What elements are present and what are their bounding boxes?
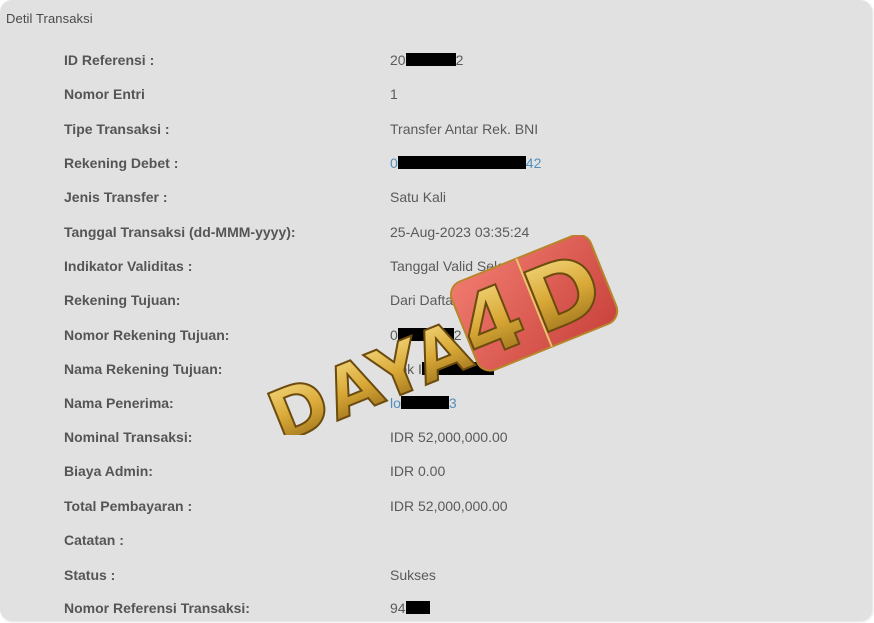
row-label: Jenis Transfer : <box>64 189 168 205</box>
panel-title: Detil Transaksi <box>6 11 93 26</box>
redaction-bar <box>406 53 456 66</box>
row-label: Status : <box>64 567 115 583</box>
row-value: 02 <box>390 327 462 343</box>
row-status: Status : Sukses <box>0 567 872 587</box>
row-value: IDR 52,000,000.00 <box>390 429 508 445</box>
status-value: Sukses <box>390 567 436 583</box>
row-value: Tanggal Valid Selanjutnya <box>390 258 550 274</box>
row-value: Transfer Antar Rek. BNI <box>390 121 538 137</box>
row-value: 202 <box>390 52 463 68</box>
transaction-detail-panel: Detil Transaksi ID Referensi : 202 Nomor… <box>0 0 872 621</box>
redaction-bar <box>422 362 494 375</box>
row-indikator-validitas: Indikator Validitas : Tanggal Valid Sela… <box>0 258 872 278</box>
row-nomor-referensi-transaksi: Nomor Referensi Transaksi: 94 <box>0 600 872 620</box>
row-label: Biaya Admin: <box>64 463 153 479</box>
redaction-bar <box>406 601 430 614</box>
debit-account-link[interactable]: 042 <box>390 155 541 171</box>
row-nama-rekening-tujuan: Nama Rekening Tujuan: Bpk I <box>0 361 872 381</box>
row-label: Catatan : <box>64 532 124 548</box>
row-catatan: Catatan : <box>0 532 872 552</box>
row-value: IDR 52,000,000.00 <box>390 498 508 514</box>
row-label: Nominal Transaksi: <box>64 429 192 445</box>
row-nomor-entri: Nomor Entri 1 <box>0 86 872 106</box>
row-value: 1 <box>390 86 398 102</box>
row-label: Nomor Referensi Transaksi: <box>64 600 250 616</box>
row-jenis-transfer: Jenis Transfer : Satu Kali <box>0 189 872 209</box>
row-rekening-tujuan: Rekening Tujuan: Dari Daftar Transfer <box>0 292 872 312</box>
row-tipe-transaksi: Tipe Transaksi : Transfer Antar Rek. BNI <box>0 121 872 141</box>
row-label: Rekening Debet : <box>64 155 178 171</box>
row-label: Nomor Rekening Tujuan: <box>64 327 229 343</box>
row-value: Bpk I <box>390 361 494 377</box>
row-nomor-rekening-tujuan: Nomor Rekening Tujuan: 02 <box>0 327 872 347</box>
row-id-referensi: ID Referensi : 202 <box>0 52 872 72</box>
row-value: IDR 0.00 <box>390 463 445 479</box>
row-value: Dari Daftar Transfer <box>390 292 513 308</box>
recipient-name-link[interactable]: lo3 <box>390 395 457 411</box>
row-label: Tipe Transaksi : <box>64 121 170 137</box>
row-label: ID Referensi : <box>64 52 154 68</box>
row-value: Satu Kali <box>390 189 446 205</box>
row-label: Rekening Tujuan: <box>64 292 180 308</box>
row-value: 94 <box>390 600 430 616</box>
row-label: Nomor Entri <box>64 86 145 102</box>
row-tanggal-transaksi: Tanggal Transaksi (dd-MMM-yyyy): 25-Aug-… <box>0 224 872 244</box>
row-label: Nama Penerima: <box>64 395 174 411</box>
row-rekening-debet[interactable]: Rekening Debet : 042 <box>0 155 872 175</box>
redaction-bar <box>398 328 454 341</box>
row-biaya-admin: Biaya Admin: IDR 0.00 <box>0 463 872 483</box>
row-label: Nama Rekening Tujuan: <box>64 361 222 377</box>
row-label: Indikator Validitas : <box>64 258 192 274</box>
row-nominal-transaksi: Nominal Transaksi: IDR 52,000,000.00 <box>0 429 872 449</box>
row-label: Tanggal Transaksi (dd-MMM-yyyy): <box>64 224 296 240</box>
redaction-bar <box>401 396 449 409</box>
row-label: Total Pembayaran : <box>64 498 192 514</box>
row-nama-penerima[interactable]: Nama Penerima: lo3 <box>0 395 872 415</box>
redaction-bar <box>398 156 526 169</box>
row-total-pembayaran: Total Pembayaran : IDR 52,000,000.00 <box>0 498 872 518</box>
row-value: 25-Aug-2023 03:35:24 <box>390 224 529 240</box>
